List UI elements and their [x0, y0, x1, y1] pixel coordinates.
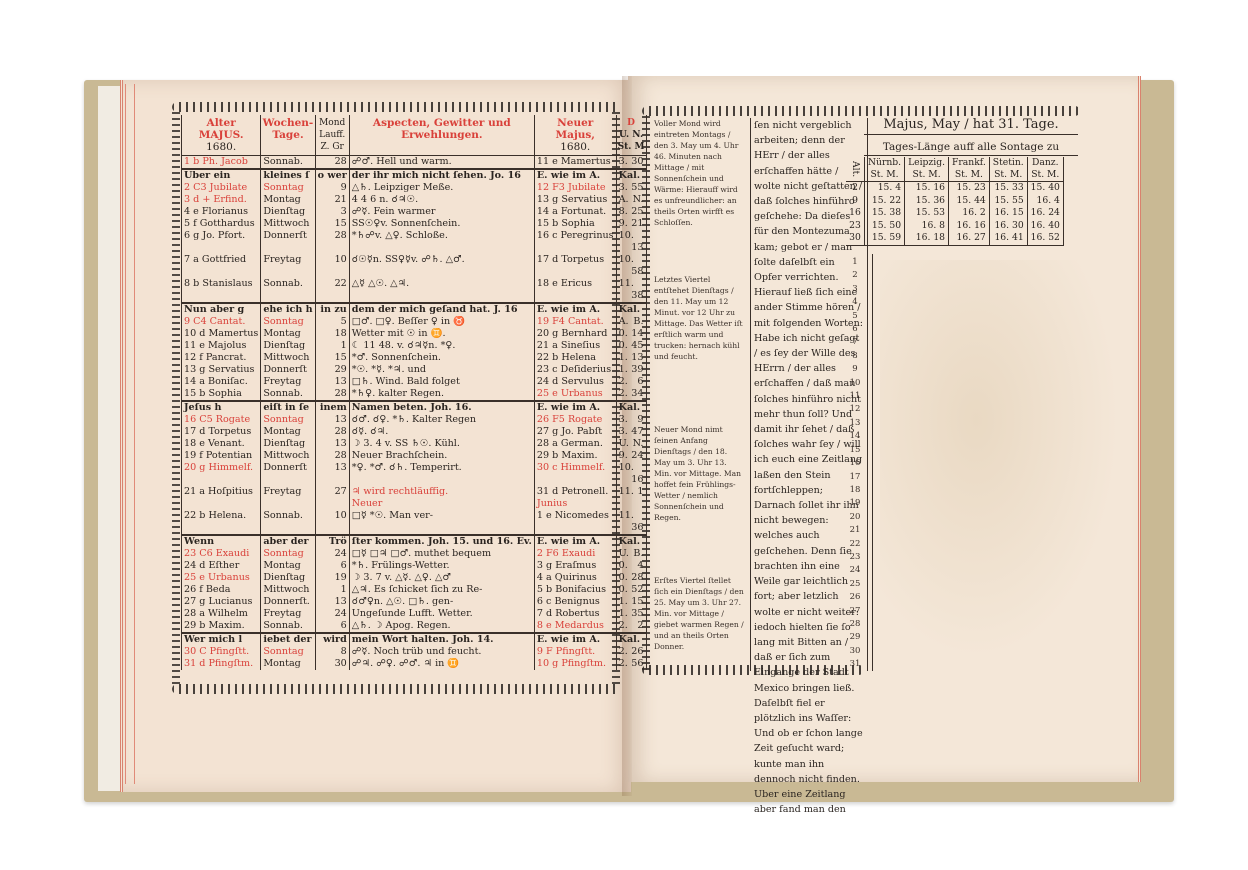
- minute-value: 47: [631, 426, 643, 438]
- day-number: 20: [848, 511, 862, 524]
- ornament-border-top-right: [642, 106, 1080, 116]
- sunrise-hour-cell: 0.28: [616, 572, 646, 584]
- calendar-day-row: 23 C6 ExaudiSonntag24□☿ □♃ □♂. muthet be…: [182, 548, 647, 560]
- new-calendar-cell: 23 c Deſiderius: [534, 364, 616, 376]
- moon-sign-cell: 30: [315, 658, 349, 670]
- new-calendar-cell: 18 e Ericus: [534, 278, 616, 303]
- new-calendar-cell: 14 a Fortunat.: [534, 206, 616, 218]
- aspects-cell: *♄☍v. △♀. Schloße.: [349, 230, 534, 254]
- old-calendar-cell: 25 e Urbanus: [182, 572, 261, 584]
- day-number: 13: [848, 417, 862, 430]
- day-number: 10: [848, 377, 862, 390]
- calendar-table: Alter MAJUS. 1680. Wochen- Tage. Mond La…: [181, 115, 647, 670]
- old-calendar-cell: 27 g Lucianus: [182, 596, 261, 608]
- hour-value: 3.: [619, 156, 628, 167]
- new-calendar-cell: 29 b Maxim.: [534, 450, 616, 462]
- day-number: 15: [848, 444, 862, 457]
- ornament-border-top-left: [172, 102, 620, 112]
- new-calendar-cell: 10 g Pfingſtm.: [534, 658, 616, 670]
- calendar-day-row: 13 g ServatiusDonnerſt29*☉. *☿. *♃. und2…: [182, 364, 647, 376]
- weekday-cell: Mittwoch: [261, 218, 315, 230]
- daylength-value: 16. 24: [1027, 207, 1063, 220]
- sunrise-hour-cell: 10.13: [616, 230, 646, 254]
- minute-value: N.: [633, 438, 644, 450]
- aspects-cell: ♃ wird rechtläuffig.: [349, 486, 534, 498]
- new-calendar-cell: 2 F6 Exaudi: [534, 548, 616, 560]
- daylength-value: 16. 15: [989, 207, 1027, 220]
- moon-sign-cell: 13: [315, 376, 349, 388]
- moon-sign-cell: wird: [315, 633, 349, 646]
- weekday-cell: Dienſtag: [261, 340, 315, 352]
- weekday-cell: Sonntag: [261, 646, 315, 658]
- new-calendar-cell: 13 g Servatius: [534, 194, 616, 206]
- aspects-cell: ☍♃. ☍♀. ☍♂. ♃ in ♊: [349, 658, 534, 670]
- hour-value: 10.: [619, 462, 634, 473]
- weekday-cell: Sonntag: [261, 548, 315, 560]
- old-calendar-cell: Uber ein: [182, 169, 261, 182]
- weekday-cell: [261, 498, 315, 510]
- daylength-value: 16. 52: [1027, 232, 1063, 245]
- old-calendar-cell: Wenn: [182, 535, 261, 548]
- new-calendar-cell: E. wie im A.: [534, 535, 616, 548]
- aspects-cell: □☿ □♃ □♂. muthet bequem: [349, 548, 534, 560]
- ornament-border-bottom-left: [172, 684, 620, 694]
- aspects-cell: *♂. Sonnenſchein.: [349, 352, 534, 364]
- hour-value: 1.: [619, 364, 628, 375]
- city-header: Frankf.St. M.: [949, 157, 990, 182]
- old-calendar-cell: 31 d Pfingſtm.: [182, 658, 261, 670]
- minute-value: 24: [631, 450, 643, 462]
- old-calendar-cell: 12 f Pancrat.: [182, 352, 261, 364]
- moon-sign-cell: 28: [315, 388, 349, 401]
- new-calendar-cell: 30 c Himmelf.: [534, 462, 616, 486]
- daylength-row: 3015. 5916. 1816. 2716. 4116. 52: [846, 232, 1063, 245]
- daylength-value: 15. 36: [905, 195, 949, 208]
- day-number: 12: [848, 403, 862, 416]
- header-sunrise: D U. N. St. M: [616, 115, 646, 156]
- weekday-cell: kleines ſ: [261, 169, 315, 182]
- weekday-cell: Montag: [261, 194, 315, 206]
- day-number: 5: [848, 310, 862, 323]
- hour-value: 11.: [619, 510, 634, 521]
- day-number: 7: [848, 336, 862, 349]
- aspects-cell: der ihr mich nicht ſehen. Jo. 16: [349, 169, 534, 182]
- daylength-body: 215. 415. 1615. 2315. 3315. 40915. 2215.…: [846, 182, 1063, 246]
- hour-value: A.: [619, 194, 629, 205]
- minute-value: B.: [633, 316, 643, 328]
- moon-sign-cell: 3: [315, 206, 349, 218]
- sunrise-hour-cell: 2.34: [616, 388, 646, 401]
- new-calendar-cell: 12 F3 Jubilate: [534, 182, 616, 194]
- new-calendar-cell: 25 e Urbanus: [534, 388, 616, 401]
- day-number: 2: [848, 269, 862, 282]
- daylength-value: 16. 40: [1027, 220, 1063, 233]
- day-number: 16: [848, 457, 862, 470]
- sunday-date: 23: [846, 220, 865, 233]
- hour-value: 9.: [619, 450, 628, 461]
- day-number: 30: [848, 645, 862, 658]
- moon-sign-cell: [315, 498, 349, 510]
- hour-value: 3.: [619, 182, 628, 193]
- minute-value: 14: [631, 328, 643, 340]
- old-calendar-cell: 4 e Florianus: [182, 206, 261, 218]
- aspects-cell: ☽ 3. 7 v. △☿. △♀. △♂: [349, 572, 534, 584]
- day-number: 9: [848, 363, 862, 376]
- hour-value: 0.: [619, 340, 628, 351]
- minute-value: 45: [631, 340, 643, 352]
- new-calendar-cell: 17 d Torpetus: [534, 254, 616, 278]
- moon-sign-cell: Trö: [315, 535, 349, 548]
- aspects-cell: ☌☉☿n. SS♀☿v. ☍♄. △♂.: [349, 254, 534, 278]
- sunrise-hour-cell: U.N.: [616, 438, 646, 450]
- moon-sign-cell: 19: [315, 572, 349, 584]
- daylength-value: 15. 23: [949, 182, 990, 195]
- old-calendar-cell: 16 C5 Rogate: [182, 414, 261, 426]
- day-number: 1: [848, 256, 862, 269]
- daylength-date-header: Alt.: [846, 157, 865, 182]
- moon-sign-cell: 28: [315, 156, 349, 170]
- aspects-cell: □♂. □♀. Beſſer ♀ in ♉: [349, 316, 534, 328]
- sunrise-hour-cell: 3.47: [616, 426, 646, 438]
- hour-value: Kal.: [619, 634, 641, 645]
- old-calendar-cell: 10 d Mamertus: [182, 328, 261, 340]
- day-number: 8: [848, 350, 862, 363]
- aspects-cell: Neuer: [349, 498, 534, 510]
- weekday-cell: Freytag: [261, 254, 315, 278]
- day-number: 6: [848, 323, 862, 336]
- old-calendar-cell: 1 b Ph. Jacob: [182, 156, 261, 170]
- calendar-body: 1 b Ph. JacobSonnab.28☍♂. Hell und warm.…: [182, 156, 647, 671]
- calendar-day-row: 12 f Pancrat.Mittwoch15*♂. Sonnenſchein.…: [182, 352, 647, 364]
- note-first-quarter: Erſtes Viertel ſtellet ſich ein Dienſtag…: [654, 575, 746, 652]
- calendar-day-row: 15 b SophiaSonnab.28*♄♀. kalter Regen.25…: [182, 388, 647, 401]
- daylength-value: 15. 50: [865, 220, 905, 233]
- calendar-day-row: 24 d EſtherMontag6*♄. Frülings-Wetter.3 …: [182, 560, 647, 572]
- aspects-cell: ☾ 11 48. v. ☌♃☿n. *♀.: [349, 340, 534, 352]
- weekday-cell: Dienſtag: [261, 572, 315, 584]
- calendar-day-row: 26 f BedaMittwoch1△♃. Es ſchicket ſich z…: [182, 584, 647, 596]
- calendar-day-row: 28 a WilhelmFreytag24Ungeſunde Lufft. We…: [182, 608, 647, 620]
- hour-value: 2.: [619, 376, 628, 387]
- new-calendar-cell: 26 F5 Rogate: [534, 414, 616, 426]
- aspects-cell: *☉. *☿. *♃. und: [349, 364, 534, 376]
- daylength-value: 16. 4: [1027, 195, 1063, 208]
- aspects-cell: *♄. Frülings-Wetter.: [349, 560, 534, 572]
- minute-value: 15: [631, 596, 643, 608]
- aspects-cell: ☌♂♀n. △☉. □♄. gen-: [349, 596, 534, 608]
- old-calendar-cell: 26 f Beda: [182, 584, 261, 596]
- calendar-day-row: 7 a GottfriedFreytag10☌☉☿n. SS♀☿v. ☍♄. △…: [182, 254, 647, 278]
- sunrise-hour-cell: 3.9: [616, 414, 646, 426]
- day-number: 25: [848, 578, 862, 591]
- moon-sign-cell: 13: [315, 414, 349, 426]
- moon-sign-cell: 28: [315, 230, 349, 254]
- daylength-value: 15. 53: [905, 207, 949, 220]
- sunrise-hour-cell: Kal.: [616, 633, 646, 646]
- daylength-value: 16. 30: [989, 220, 1027, 233]
- aspects-cell: △☿ △☉. △♃.: [349, 278, 534, 303]
- old-calendar-cell: 18 e Venant.: [182, 438, 261, 450]
- new-calendar-cell: 5 b Bonifacius: [534, 584, 616, 596]
- calendar-day-row: 19 f PotentianMittwoch28Neuer Brachſchei…: [182, 450, 647, 462]
- sunday-date: 16: [846, 207, 865, 220]
- sunrise-hour-cell: A.B.: [616, 316, 646, 328]
- hour-value: Kal.: [619, 536, 641, 547]
- old-calendar-cell: 20 g Himmelf.: [182, 462, 261, 486]
- old-calendar-cell: 23 C6 Exaudi: [182, 548, 261, 560]
- minute-value: 2: [637, 620, 643, 632]
- old-calendar-cell: 7 a Gottfried: [182, 254, 261, 278]
- daylength-value: 15. 40: [1027, 182, 1063, 195]
- minute-value: 26: [631, 646, 643, 658]
- old-calendar-cell: 15 b Sophia: [182, 388, 261, 401]
- old-calendar-cell: 11 e Majolus: [182, 340, 261, 352]
- sunday-date: 9: [846, 195, 865, 208]
- sunrise-hour-cell: 11.1: [616, 486, 646, 498]
- weekday-cell: Mittwoch: [261, 584, 315, 596]
- hour-value: 1.: [619, 608, 628, 619]
- weekday-cell: Sonntag: [261, 182, 315, 194]
- hour-value: 9.: [619, 218, 628, 229]
- old-calendar-cell: 24 d Eſther: [182, 560, 261, 572]
- city-header: Danz.St. M.: [1027, 157, 1063, 182]
- aspects-cell: Neuer Brachſchein.: [349, 450, 534, 462]
- calendar-day-row: 18 e Venant.Dienſtag13☽ 3. 4 v. SS ♄☉. K…: [182, 438, 647, 450]
- hour-value: 1.: [619, 596, 628, 607]
- daylength-value: 16. 2: [949, 207, 990, 220]
- aspects-cell: ☌♂. ☌♀. *♄. Kalter Regen: [349, 414, 534, 426]
- sunrise-hour-cell: 3.30: [616, 156, 646, 170]
- sunrise-hour-cell: 2.26: [616, 646, 646, 658]
- month-title: Majus, May / hat 31. Tage.: [864, 117, 1078, 135]
- week-gospel-row: Uber einkleines ſo werder ihr mich nicht…: [182, 169, 647, 182]
- header-old-calendar: Alter MAJUS. 1680.: [182, 115, 261, 156]
- weekday-cell: Donnerſt: [261, 364, 315, 376]
- weekday-cell: Dienſtag: [261, 438, 315, 450]
- daylength-row: 1615. 3815. 5316. 216. 1516. 24: [846, 207, 1063, 220]
- weekday-cell: Sonnab.: [261, 510, 315, 535]
- weekday-cell: Montag: [261, 560, 315, 572]
- moon-sign-cell: 15: [315, 218, 349, 230]
- new-calendar-cell: 1 e Nicomedes: [534, 510, 616, 535]
- hour-value: 3.: [619, 426, 628, 437]
- aspects-cell: △♄. ☽ Apog. Regen.: [349, 620, 534, 633]
- aspects-cell: mein Wort halten. Joh. 14.: [349, 633, 534, 646]
- daylength-row: 215. 415. 1615. 2315. 3315. 40: [846, 182, 1063, 195]
- day-number-column: 1234567891011121314151617181920212223242…: [848, 256, 862, 672]
- hour-value: 11.: [619, 486, 634, 497]
- hour-value: U.: [619, 548, 629, 559]
- calendar-day-row: 29 b Maxim.Sonnab.6△♄. ☽ Apog. Regen.8 e…: [182, 620, 647, 633]
- aspects-cell: □♄. Wind. Bald folget: [349, 376, 534, 388]
- daylength-value: 15. 59: [865, 232, 905, 245]
- moon-sign-cell: in zu: [315, 303, 349, 316]
- page-edges: [125, 84, 135, 784]
- sunrise-hour-cell: 10.58: [616, 254, 646, 278]
- moon-sign-cell: 5: [315, 316, 349, 328]
- aspects-cell: *♀. *♂. ☌♄. Temperirt.: [349, 462, 534, 486]
- sunday-date: 2: [846, 182, 865, 195]
- old-calendar-cell: 8 b Stanislaus: [182, 278, 261, 303]
- minute-value: 55: [631, 182, 643, 194]
- minute-value: 1: [637, 486, 643, 498]
- new-calendar-cell: 15 b Sophia: [534, 218, 616, 230]
- weekday-cell: Mittwoch: [261, 352, 315, 364]
- day-number: 4: [848, 296, 862, 309]
- sunrise-hour-cell: 11.36: [616, 510, 646, 535]
- old-calendar-cell: 28 a Wilhelm: [182, 608, 261, 620]
- sunday-date: 30: [846, 232, 865, 245]
- sunrise-hour-cell: [616, 498, 646, 510]
- hour-value: Kal.: [619, 304, 641, 315]
- header-aspects: Aspecten, Gewitter und Erwehlungen.: [349, 115, 534, 156]
- moon-sign-cell: 28: [315, 450, 349, 462]
- minute-value: 6: [637, 376, 643, 388]
- moon-sign-cell: 9: [315, 182, 349, 194]
- moon-sign-cell: o wer: [315, 169, 349, 182]
- aspects-cell: ☍♂. Hell und warm.: [349, 156, 534, 170]
- hour-value: 10.: [619, 230, 634, 241]
- city-header: Nürnb.St. M.: [865, 157, 905, 182]
- weekday-cell: aber der: [261, 535, 315, 548]
- old-calendar-cell: 21 a Hoſpitius: [182, 486, 261, 498]
- moon-sign-cell: 29: [315, 364, 349, 376]
- sunrise-hour-cell: 1.15: [616, 596, 646, 608]
- minute-value: N.: [633, 194, 644, 206]
- new-calendar-cell: 3 g Eraſmus: [534, 560, 616, 572]
- old-calendar-cell: [182, 498, 261, 510]
- note-last-quarter: Letztes Viertel entſtehet Dienſtags / de…: [654, 274, 746, 362]
- moon-sign-cell: inem: [315, 401, 349, 414]
- weekday-cell: Sonntag: [261, 316, 315, 328]
- moon-sign-cell: 6: [315, 560, 349, 572]
- calendar-day-row: 2 C3 JubilateSonntag9△♄. Leipziger Meße.…: [182, 182, 647, 194]
- moon-sign-cell: 1: [315, 340, 349, 352]
- sunrise-hour-cell: 1.39: [616, 364, 646, 376]
- weekday-cell: Montag: [261, 658, 315, 670]
- calendar-day-row: 4 e FlorianusDienſtag3☍☿. Fein warmer14 …: [182, 206, 647, 218]
- calendar-day-row: 31 d Pfingſtm.Montag30☍♃. ☍♀. ☍♂. ♃ in ♊…: [182, 658, 647, 670]
- old-calendar-cell: 13 g Servatius: [182, 364, 261, 376]
- sunrise-hour-cell: 11.38: [616, 278, 646, 303]
- weekday-cell: Freytag: [261, 376, 315, 388]
- calendar-day-row: 16 C5 RogateSonntag13☌♂. ☌♀. *♄. Kalter …: [182, 414, 647, 426]
- daylength-value: 16. 18: [905, 232, 949, 245]
- moon-sign-cell: 27: [315, 486, 349, 498]
- week-gospel-row: Wennaber derTröſter kommen. Joh. 15. und…: [182, 535, 647, 548]
- hour-value: Kal.: [619, 170, 641, 181]
- aspects-cell: ſter kommen. Joh. 15. und 16. Ev.: [349, 535, 534, 548]
- minute-value: 13: [631, 352, 643, 364]
- sunrise-hour-cell: Kal.: [616, 401, 646, 414]
- new-calendar-cell: E. wie im A.: [534, 401, 616, 414]
- moon-sign-cell: 22: [315, 278, 349, 303]
- day-number: 28: [848, 618, 862, 631]
- calendar-day-row: 5 f GotthardusMittwoch15SS☉♀v. Sonnenſch…: [182, 218, 647, 230]
- moon-sign-cell: 13: [315, 438, 349, 450]
- aspects-cell: Namen beten. Joh. 16.: [349, 401, 534, 414]
- minute-value: 52: [631, 584, 643, 596]
- header-new-calendar: Neuer Majus, 1680.: [534, 115, 616, 156]
- day-number: 11: [848, 390, 862, 403]
- sunrise-hour-cell: 0.45: [616, 340, 646, 352]
- new-calendar-cell: 20 g Bernhard: [534, 328, 616, 340]
- week-gospel-row: Nun aber gehe ich hin zudem der mich geſ…: [182, 303, 647, 316]
- calendar-day-row: 20 g Himmelf.Donnerſt13*♀. *♂. ☌♄. Tempe…: [182, 462, 647, 486]
- day-number: 26: [848, 591, 862, 604]
- new-calendar-cell: 27 g Jo. Pabſt: [534, 426, 616, 438]
- moon-sign-cell: 10: [315, 254, 349, 278]
- day-number: 24: [848, 564, 862, 577]
- hour-value: 0.: [619, 572, 628, 583]
- weekday-cell: Sonnab.: [261, 388, 315, 401]
- daylength-value: 16. 16: [949, 220, 990, 233]
- sunrise-hour-cell: 2.2: [616, 620, 646, 633]
- note-full-moon: Voller Mond wird eintreten Montags / den…: [654, 118, 746, 228]
- day-number: 22: [848, 538, 862, 551]
- moon-sign-cell: 8: [315, 646, 349, 658]
- moon-sign-cell: 21: [315, 194, 349, 206]
- weekday-cell: Donnerſt: [261, 462, 315, 486]
- old-calendar-cell: Jeſus h: [182, 401, 261, 414]
- weekday-cell: ehe ich h: [261, 303, 315, 316]
- weekday-cell: Sonnab.: [261, 156, 315, 170]
- sunrise-hour-cell: 0.52: [616, 584, 646, 596]
- calendar-day-row: 21 a HoſpitiusFreytag27♃ wird rechtläuff…: [182, 486, 647, 498]
- aspects-cell: ☽ 3. 4 v. SS ♄☉. Kühl.: [349, 438, 534, 450]
- daylength-title: Tages-Länge auff alle Sontage zu: [864, 141, 1078, 156]
- new-calendar-cell: 6 c Benignus: [534, 596, 616, 608]
- sunrise-hour-cell: 8.25: [616, 206, 646, 218]
- calendar-day-row: 22 b Helena.Sonnab.10□☿ *☉. Man ver-1 e …: [182, 510, 647, 535]
- calendar-day-row: 3 d + Erfind.Montag214 4 6 n. ☌♃☉.13 g S…: [182, 194, 647, 206]
- weekday-cell: Sonnab.: [261, 278, 315, 303]
- moon-sign-cell: 13: [315, 462, 349, 486]
- calendar-day-row: NeuerJunius: [182, 498, 647, 510]
- new-calendar-cell: 22 b Helena: [534, 352, 616, 364]
- note-new-moon: Neuer Mond nimt ſeinen Anfang Dienſtags …: [654, 424, 746, 523]
- minute-value: 9: [637, 414, 643, 426]
- minute-value: 13: [631, 242, 643, 254]
- new-calendar-cell: 21 a Sineſius: [534, 340, 616, 352]
- new-calendar-cell: 8 e Medardus: [534, 620, 616, 633]
- sunrise-hour-cell: Kal.: [616, 303, 646, 316]
- aspects-cell: △♃. Es ſchicket ſich zu Re-: [349, 584, 534, 596]
- old-calendar-cell: 30 C Pfingſtt.: [182, 646, 261, 658]
- hour-value: 8.: [619, 206, 628, 217]
- minute-value: B.: [633, 548, 643, 560]
- hour-value: 0.: [619, 328, 628, 339]
- new-calendar-cell: 9 F Pfingſtt.: [534, 646, 616, 658]
- sunrise-hour-cell: A.N.: [616, 194, 646, 206]
- daylength-table: Alt. Nürnb.St. M. Leipzig.St. M. Frankf.…: [846, 157, 1064, 246]
- new-calendar-cell: 19 F4 Cantat.: [534, 316, 616, 328]
- hour-value: 0.: [619, 560, 628, 571]
- calendar-day-row: 25 e UrbanusDienſtag19☽ 3. 7 v. △☿. △♀. …: [182, 572, 647, 584]
- header-weekdays: Wochen- Tage.: [261, 115, 315, 156]
- hour-value: 2.: [619, 620, 628, 631]
- daylength-header-row: Alt. Nürnb.St. M. Leipzig.St. M. Frankf.…: [846, 157, 1063, 182]
- minute-value: 4: [637, 560, 643, 572]
- daylength-value: 16. 41: [989, 232, 1027, 245]
- moon-sign-cell: 24: [315, 548, 349, 560]
- old-calendar-cell: 22 b Helena.: [182, 510, 261, 535]
- day-number: 23: [848, 551, 862, 564]
- calendar-day-row: 6 g Jo. Pfort.Donnerſt28*♄☍v. △♀. Schloß…: [182, 230, 647, 254]
- calendar-day-row: 14 a Boniſac.Freytag13□♄. Wind. Bald fol…: [182, 376, 647, 388]
- header-moon: Mond Lauff. Z. Gr: [315, 115, 349, 156]
- calendar-day-row: 11 e MajolusDienſtag1☾ 11 48. v. ☌♃☿n. *…: [182, 340, 647, 352]
